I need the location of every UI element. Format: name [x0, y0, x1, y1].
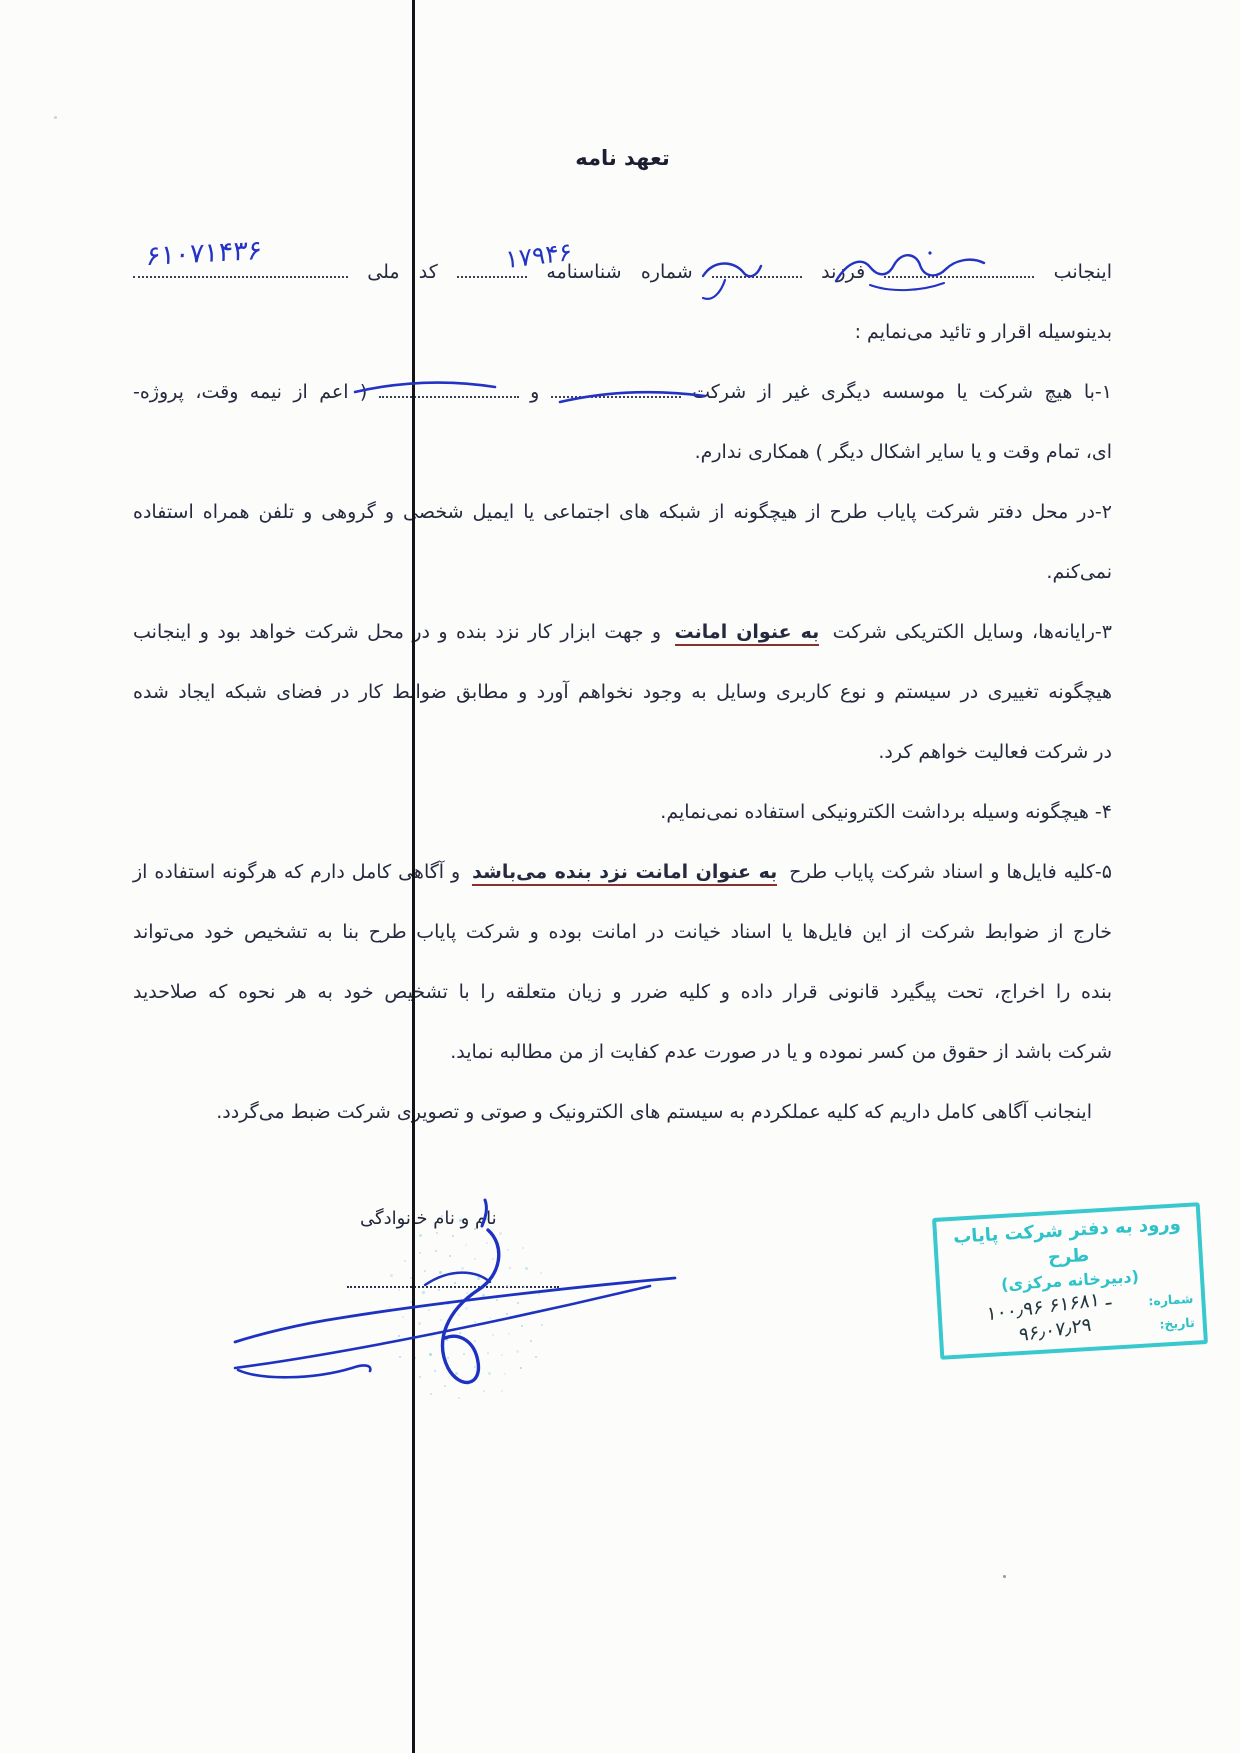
scan-speck — [54, 116, 57, 119]
signature-ink — [220, 1190, 690, 1420]
closing-line: اینجانب آگاهی کامل داریم که کلیه عملکردم… — [133, 1082, 1112, 1142]
item3-line1: ۳-رایانه‌ها، وسایل الکتریکی شرکت به عنوا… — [133, 602, 1112, 662]
scanned-pledge-document: تعهد نامه اینجانب فرزند شماره شناسنامه ک… — [0, 0, 1240, 1753]
item3-line2: هیچگونه تغییری در سیستم و نوع کاربری وسا… — [133, 662, 1112, 722]
item5-pre: ۵-کلیه فایل‌ها و اسناد شرکت پایاب طرح — [789, 861, 1112, 883]
item3-pre: ۳-رایانه‌ها، وسایل الکتریکی شرکت — [833, 621, 1112, 643]
handwritten-national-id: ۶۱۰۷۱۴۳۶ — [145, 235, 262, 272]
item5-underlined-phrase: به عنوان امانت نزد بنده می‌باشد — [472, 861, 777, 886]
item2-line2: نمی‌کنم. — [133, 542, 1112, 602]
item5-line4: شرکت باشد از حقوق من کسر نموده و یا در ص… — [133, 1022, 1112, 1082]
item3-post: و جهت ابزار کار نزد بنده و در محل شرکت خ… — [133, 621, 661, 643]
item3-line3: در شرکت فعالیت خواهم کرد. — [133, 722, 1112, 782]
handwritten-father-name-scribble — [693, 246, 773, 306]
item1-text: ۱-با هیچ شرکت یا موسسه دیگری غیر از شرکت — [692, 381, 1112, 403]
intro-word-4: کد ملی — [367, 261, 438, 283]
document-title: تعهد نامه — [133, 146, 1112, 170]
company-entry-stamp: ورود به دفتر شرکت پایاب طرح (دبیرخانه مر… — [932, 1202, 1208, 1360]
scan-speck — [1003, 1575, 1006, 1578]
confirm-line: بدینوسیله اقرار و تائید می‌نمایم : — [133, 302, 1112, 362]
item3-underlined-phrase: به عنوان امانت — [675, 621, 820, 646]
item1-line2: ای، تمام وقت و یا سایر اشکال دیگر ) همکا… — [133, 422, 1112, 482]
handwritten-dash-marks — [330, 372, 730, 417]
item5-line3: بنده را اخراج، تحت پیگیرد قانونی قرار دا… — [133, 962, 1112, 1022]
item4-line: ۴- هیچگونه وسیله برداشت الکترونیکی استفا… — [133, 782, 1112, 842]
item5-line1: ۵-کلیه فایل‌ها و اسناد شرکت پایاب طرح به… — [133, 842, 1112, 902]
item2-line1: ۲-در محل دفتر شرکت پایاب طرح از هیچگونه … — [133, 482, 1112, 542]
item5-line2: خارج از ضوابط شرکت از این فایل‌ها یا اسن… — [133, 902, 1112, 962]
intro-word-1: اینجانب — [1054, 261, 1112, 283]
document-body: تعهد نامه اینجانب فرزند شماره شناسنامه ک… — [133, 0, 1112, 1142]
scan-fold-line — [412, 0, 415, 1753]
stamp-date-label: تاریخ: — [1159, 1314, 1195, 1331]
handwritten-name-scribble — [828, 243, 1003, 298]
